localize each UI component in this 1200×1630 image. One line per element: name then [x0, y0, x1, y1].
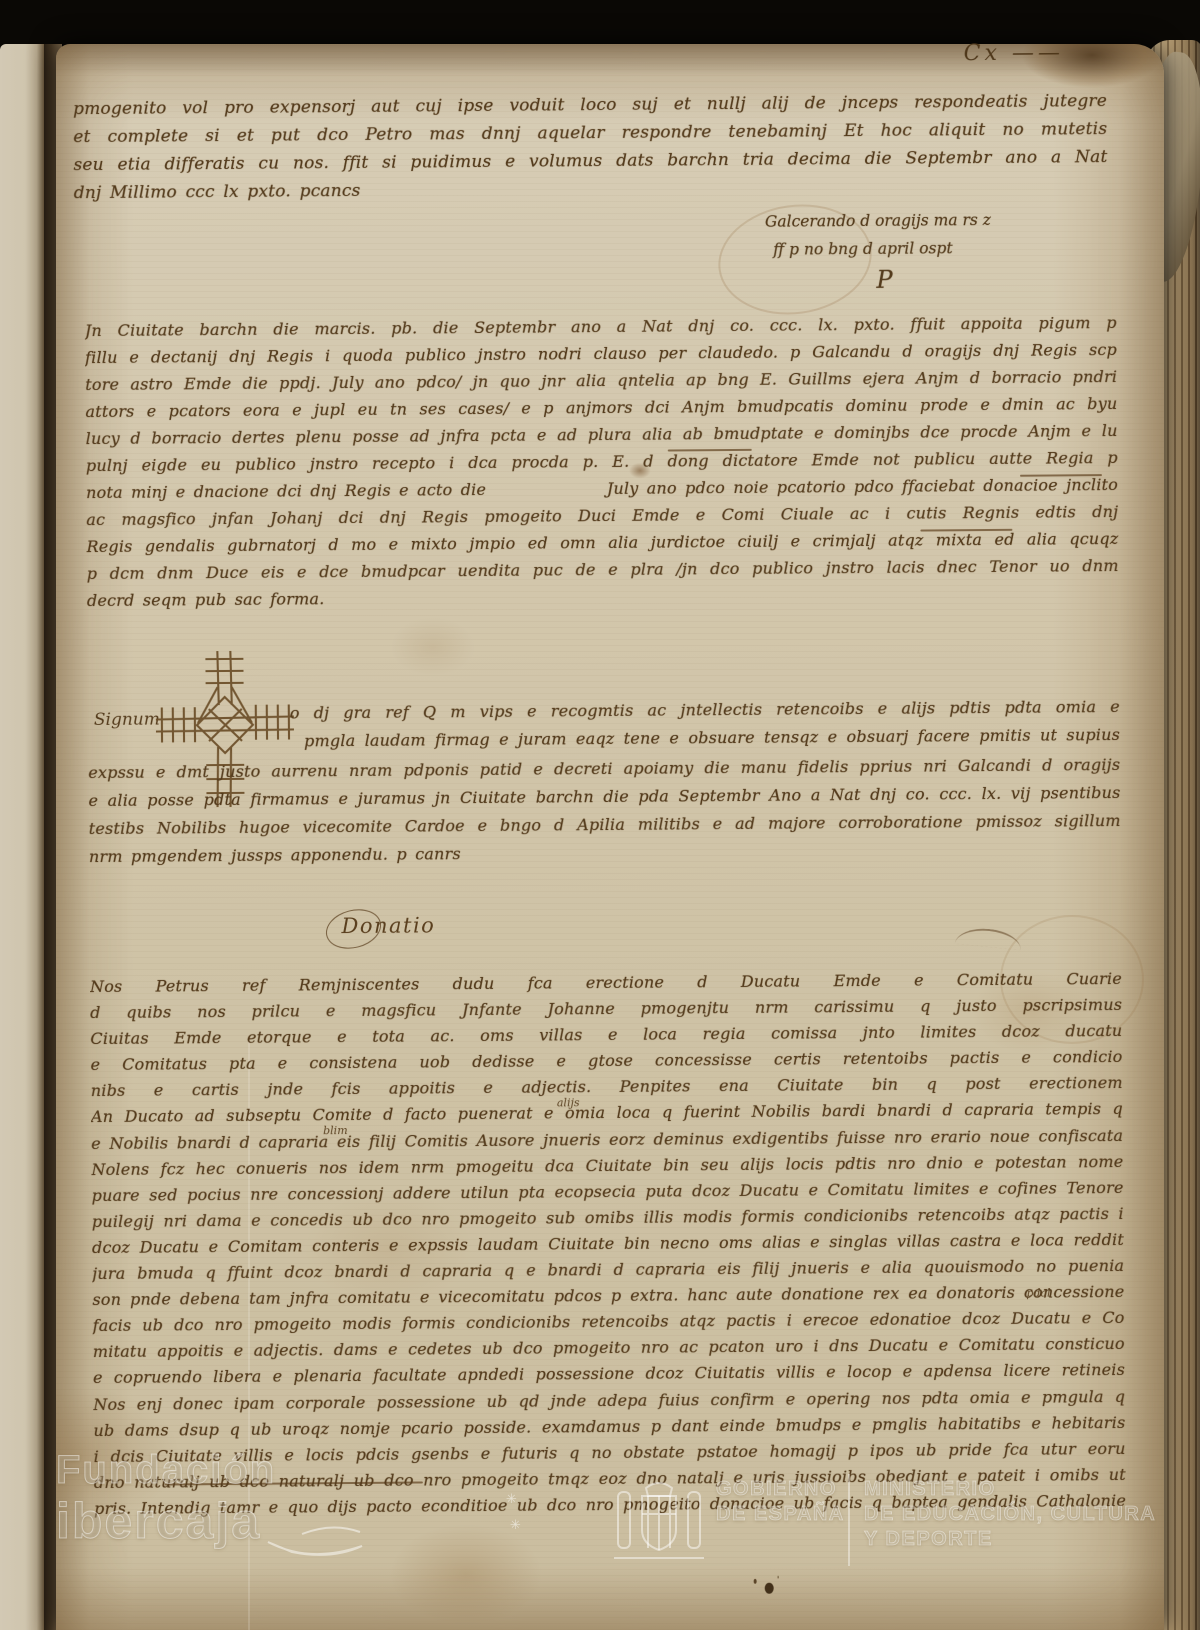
watermark-ministerio-line2: DE EDUCACIÓN, CULTURA	[864, 1503, 1156, 1526]
notary-paraph: P	[876, 266, 892, 294]
folio-number: Cx ——	[964, 40, 1064, 66]
interlinear-note: alijs	[557, 1096, 580, 1109]
ibercaja-swoosh-icon	[262, 1512, 382, 1564]
signum-label: Signum	[94, 710, 160, 731]
watermark-ministerio-line1: MINISTERIO	[864, 1478, 996, 1501]
ink-blot	[765, 1583, 774, 1594]
notary-signature-line: Galcerando d oragijs ma rs z	[765, 211, 991, 231]
paragraph-3: Nos Petrus ref Remjniscentes dudu fca er…	[90, 966, 1126, 1522]
watermark-fundacion: Fundación	[56, 1448, 276, 1493]
interlinear-note: blim	[323, 1124, 348, 1137]
manuscript-line: pmgla laudam firmag e juram eaqz tene e …	[304, 722, 1120, 755]
line-segment: July ano pdco noie pcatorio pdco ffacieb…	[607, 472, 1118, 503]
sparkle-icon: ✳	[510, 1518, 521, 1533]
sparkle-icon: ✳	[506, 1492, 517, 1507]
handwriting-layer: Cx —— pmogenito vol pro expensorj aut cu…	[0, 0, 1200, 1630]
spain-coat-of-arms-icon	[612, 1470, 706, 1566]
interlinear-note: pdal	[1026, 1287, 1050, 1300]
section-heading-donatio: Donatio	[341, 913, 435, 938]
paragraph-2: Jn Ciuitate barchn die marcis. pb. die S…	[85, 310, 1119, 615]
watermark-ministerio-line3: Y DEPORTE	[864, 1528, 993, 1551]
watermark-gobierno-line1: GOBIERNO	[716, 1478, 837, 1501]
line-segment: nota minj e dnacione dci dnj Regis e act…	[86, 477, 486, 507]
watermark-ibercaja: ibercaja	[56, 1492, 261, 1550]
paragraph-1: pmogenito vol pro expensorj aut cuj ipse…	[73, 88, 1108, 208]
watermark-divider-line	[848, 1474, 850, 1566]
ink-hairline	[955, 926, 1022, 950]
watermark-gobierno-line2: DE ESPAÑA	[716, 1503, 845, 1526]
notary-signature-line: ff p no bng d april ospt	[773, 239, 953, 258]
